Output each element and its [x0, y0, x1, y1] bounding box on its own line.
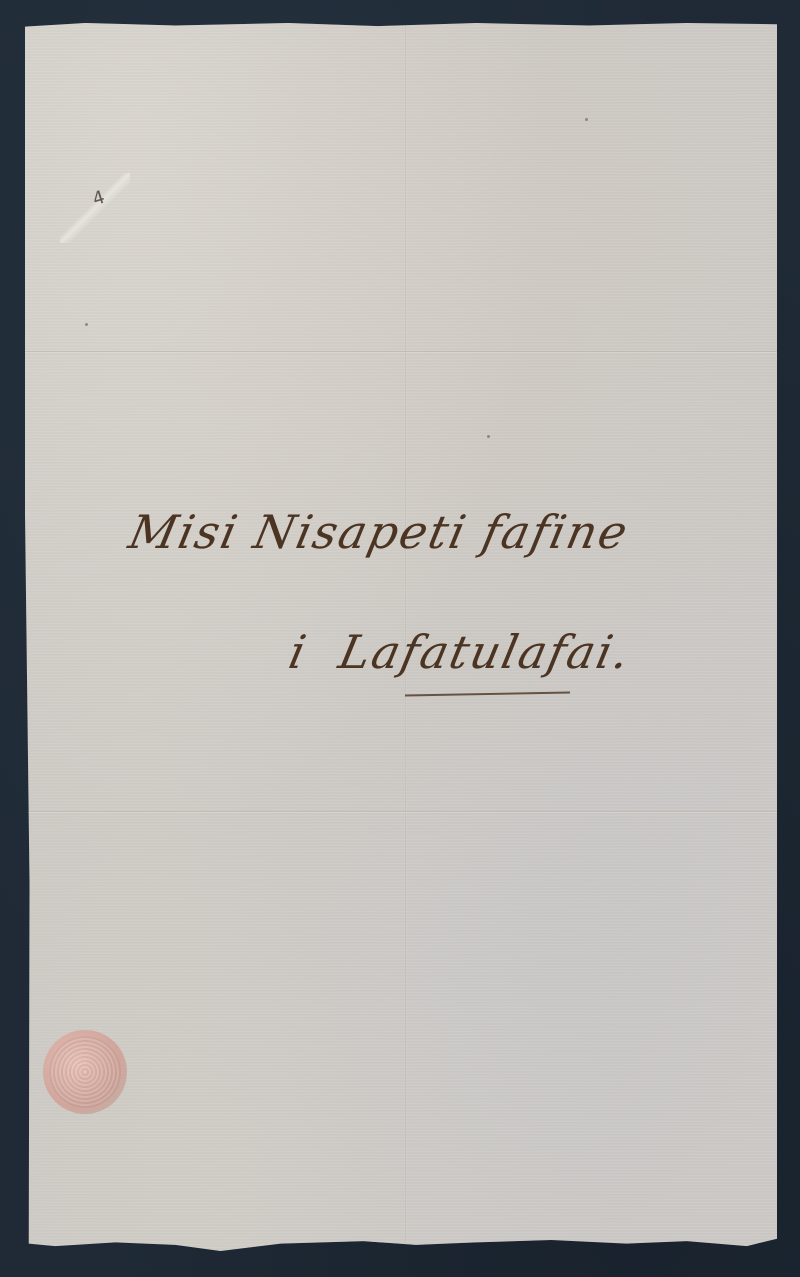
- wax-seal: [43, 1030, 127, 1114]
- address-line-1: Misi Nisapeti fafine: [124, 505, 634, 559]
- ink-speck: [85, 323, 88, 326]
- address-place: Lafatulafai: [334, 625, 619, 679]
- horizontal-fold-lower: [25, 811, 777, 814]
- ink-speck: [487, 435, 490, 438]
- address-line-2: i Lafatulafai.: [284, 625, 636, 679]
- ink-speck: [585, 118, 588, 121]
- horizontal-fold-upper: [25, 351, 777, 354]
